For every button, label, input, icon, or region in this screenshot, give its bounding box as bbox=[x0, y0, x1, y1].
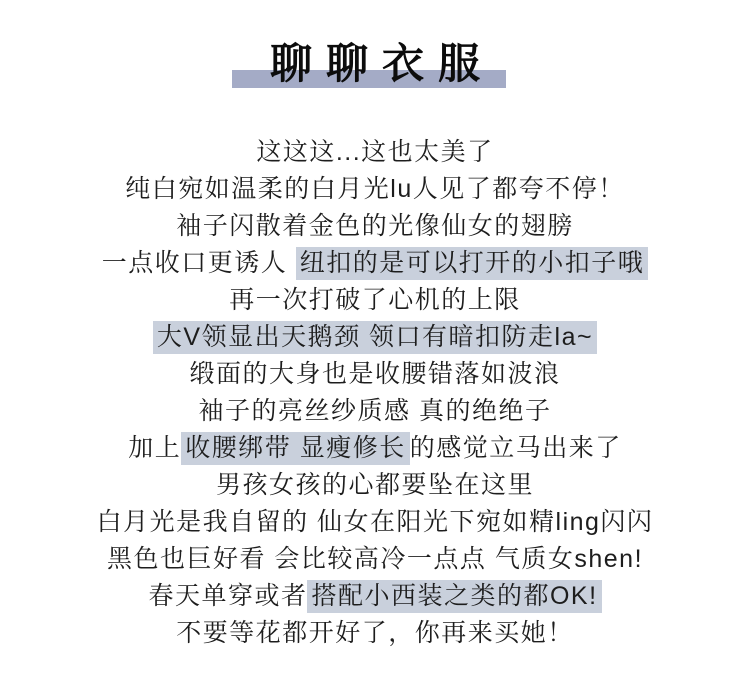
text-segment: 缎面的大身也是收腰错落如波浪 bbox=[189, 360, 560, 388]
highlighted-text-segment: 纽扣的是可以打开的小扣子哦 bbox=[296, 247, 649, 280]
text-segment: 白月光是我自留的 仙女在阳光下宛如精ling闪闪 bbox=[97, 508, 654, 536]
highlighted-text-segment: 搭配小西装之类的都OK! bbox=[307, 580, 601, 613]
text-line: 纯白宛如温柔的白月光lu人见了都夸不停！ bbox=[0, 171, 750, 208]
text-line: 黑色也巨好看 会比较高冷一点点 气质女shen! bbox=[0, 541, 750, 578]
highlighted-text-segment: 大V领显出天鹅颈 领口有暗扣防走la~ bbox=[153, 321, 597, 354]
text-segment: 春天单穿或者 bbox=[148, 582, 307, 610]
text-segment: 再一次打破了心机的上限 bbox=[229, 286, 521, 314]
text-segment: 一点收口更诱人 bbox=[102, 249, 296, 277]
text-line: 缎面的大身也是收腰错落如波浪 bbox=[0, 356, 750, 393]
text-line: 这这这...这也太美了 bbox=[0, 134, 750, 171]
text-segment: 加上 bbox=[128, 434, 181, 462]
text-line: 大V领显出天鹅颈 领口有暗扣防走la~ bbox=[0, 319, 750, 356]
text-line: 白月光是我自留的 仙女在阳光下宛如精ling闪闪 bbox=[0, 504, 750, 541]
text-segment: 这这这...这也太美了 bbox=[256, 138, 493, 166]
text-line: 男孩女孩的心都要坠在这里 bbox=[0, 467, 750, 504]
text-line: 加上收腰绑带 显瘦修长的感觉立马出来了 bbox=[0, 430, 750, 467]
text-line: 不要等花都开好了，你再来买她！ bbox=[0, 615, 750, 652]
product-description-image: 聊聊衣服 这这这...这也太美了纯白宛如温柔的白月光lu人见了都夸不停！袖子闪散… bbox=[0, 0, 750, 700]
text-segment: 袖子的亮丝纱质感 真的绝绝子 bbox=[199, 397, 552, 425]
text-segment: 的感觉立马出来了 bbox=[410, 434, 622, 462]
title-section: 聊聊衣服 bbox=[0, 0, 750, 88]
description-text-block: 这这这...这也太美了纯白宛如温柔的白月光lu人见了都夸不停！袖子闪散着金色的光… bbox=[0, 88, 750, 652]
text-segment: 不要等花都开好了，你再来买她！ bbox=[176, 619, 574, 647]
text-segment: 纯白宛如温柔的白月光lu人见了都夸不停！ bbox=[125, 175, 624, 203]
text-segment: 男孩女孩的心都要坠在这里 bbox=[216, 471, 534, 499]
title-wrap: 聊聊衣服 bbox=[270, 40, 480, 88]
text-segment: 袖子闪散着金色的光像仙女的翅膀 bbox=[176, 212, 574, 240]
text-line: 袖子闪散着金色的光像仙女的翅膀 bbox=[0, 208, 750, 245]
text-line: 袖子的亮丝纱质感 真的绝绝子 bbox=[0, 393, 750, 430]
page-title: 聊聊衣服 bbox=[270, 40, 494, 88]
text-line: 春天单穿或者搭配小西装之类的都OK! bbox=[0, 578, 750, 615]
text-line: 一点收口更诱人 纽扣的是可以打开的小扣子哦 bbox=[0, 245, 750, 282]
text-line: 再一次打破了心机的上限 bbox=[0, 282, 750, 319]
highlighted-text-segment: 收腰绑带 显瘦修长 bbox=[181, 432, 409, 465]
text-segment: 黑色也巨好看 会比较高冷一点点 气质女shen! bbox=[107, 545, 643, 573]
